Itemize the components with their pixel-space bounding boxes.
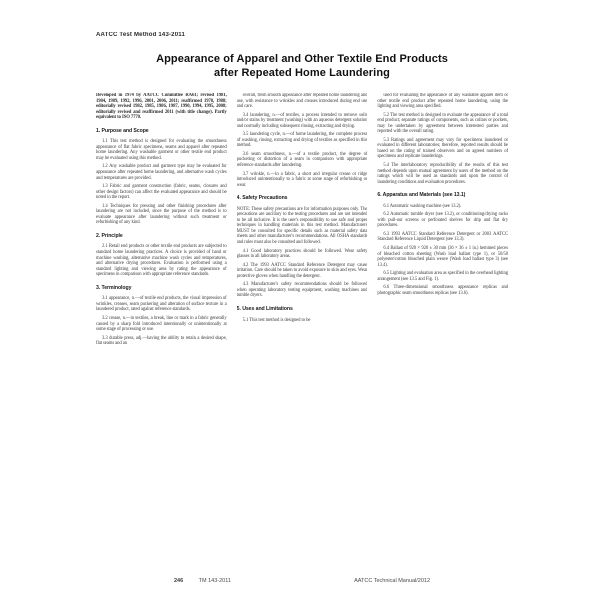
- paragraph: 6.5 Lighting and evaluation area as spec…: [377, 271, 508, 282]
- paragraph: 6.6 Three-dimensional smoothness appeara…: [377, 285, 508, 296]
- paragraph: 1.3 Fabric and garment construction (fab…: [96, 184, 227, 201]
- manual-reference: AATCC Technical Manual/2012: [354, 578, 430, 584]
- paragraph: 1.2 Any washable product and garment typ…: [96, 164, 227, 181]
- paragraph: 1.4 Techniques for pressing and other fi…: [96, 204, 227, 226]
- paragraph: 6.1 Automatic washing machine (see 13.2)…: [377, 204, 508, 210]
- paragraph: 3.5 laundering cycle, n.—of home launder…: [237, 132, 368, 149]
- paragraph: 5.2 The test method is designed to evalu…: [377, 113, 508, 135]
- paragraph: used for evaluating the appearance of an…: [377, 93, 508, 110]
- document-title: Appearance of Apparel and Other Textile …: [96, 53, 508, 80]
- paragraph: 1.1 This test method is designed for eva…: [96, 139, 227, 161]
- footer-left: 246 TM 143-2011: [174, 578, 231, 584]
- paragraph: 4.2 The 1993 AATCC Standard Reference De…: [237, 263, 368, 280]
- paragraph: 6.2 Automatic tumble dryer (see 13.2), o…: [377, 212, 508, 229]
- page-number: 246: [174, 578, 183, 584]
- paragraph: 3.7 wrinkle, n.—in a fabric, a short and…: [237, 172, 368, 189]
- column-3: used for evaluating the appearance of an…: [377, 93, 508, 545]
- paragraph: 3.3 durable press, adj.—having the abili…: [96, 336, 227, 347]
- title-line-1: Appearance of Apparel and Other Textile …: [96, 53, 508, 67]
- section-heading: 2. Principle: [96, 234, 227, 240]
- paragraph: 6.3 1993 AATCC Standard Reference Deterg…: [377, 232, 508, 243]
- paragraph: 2.1 Retail end products or other textile…: [96, 244, 227, 277]
- paragraph: 4.1 Good laboratory practices should be …: [237, 249, 368, 260]
- document-header: AATCC Test Method 143-2011: [96, 32, 508, 38]
- title-line-2: after Repeated Home Laundering: [96, 67, 508, 81]
- method-reference: TM 143-2011: [199, 578, 231, 584]
- paragraph: overall, fresh smooth appearance after r…: [237, 93, 368, 110]
- paragraph: Developed in 1974 by AATCC Committee RA6…: [96, 93, 227, 121]
- section-heading: 1. Purpose and Scope: [96, 129, 227, 135]
- paragraph: 3.4 laundering, n.—of textiles, a proces…: [237, 113, 368, 130]
- document-page: AATCC Test Method 143-2011 Appearance of…: [78, 20, 522, 582]
- page-content: AATCC Test Method 143-2011 Appearance of…: [96, 32, 508, 545]
- paragraph: 3.2 crease, n.—in textiles, a break, lin…: [96, 316, 227, 333]
- screenshot-canvas: AATCC Test Method 143-2011 Appearance of…: [0, 0, 600, 600]
- section-heading: 5. Uses and Limitations: [237, 307, 368, 313]
- paragraph: 5.3 Ratings and agreement may vary for s…: [377, 138, 508, 160]
- column-1: Developed in 1974 by AATCC Committee RA6…: [96, 93, 227, 545]
- section-heading: 3. Terminology: [96, 286, 227, 292]
- section-heading: 4. Safety Precautions: [237, 196, 368, 202]
- paragraph: 6.4 Ballast of 920 × 920 ± 30 mm (36 × 3…: [377, 246, 508, 268]
- body-columns: Developed in 1974 by AATCC Committee RA6…: [96, 93, 508, 545]
- paragraph: 4.3 Manufacturer's safety recommendation…: [237, 282, 368, 299]
- paragraph: 5.4 The interlaboratory reproducibility …: [377, 163, 508, 185]
- paragraph: NOTE: These safety precautions are for i…: [237, 207, 368, 246]
- paragraph: 3.6 seam smoothness, n.—of a textile pro…: [237, 152, 368, 169]
- column-2: overall, fresh smooth appearance after r…: [237, 93, 368, 545]
- paragraph: 5.1 This test method is designed to be: [237, 318, 368, 324]
- section-heading: 6. Apparatus and Materials (see 13.1): [377, 193, 508, 199]
- paragraph: 3.1 appearance, n.—of textile end produc…: [96, 296, 227, 313]
